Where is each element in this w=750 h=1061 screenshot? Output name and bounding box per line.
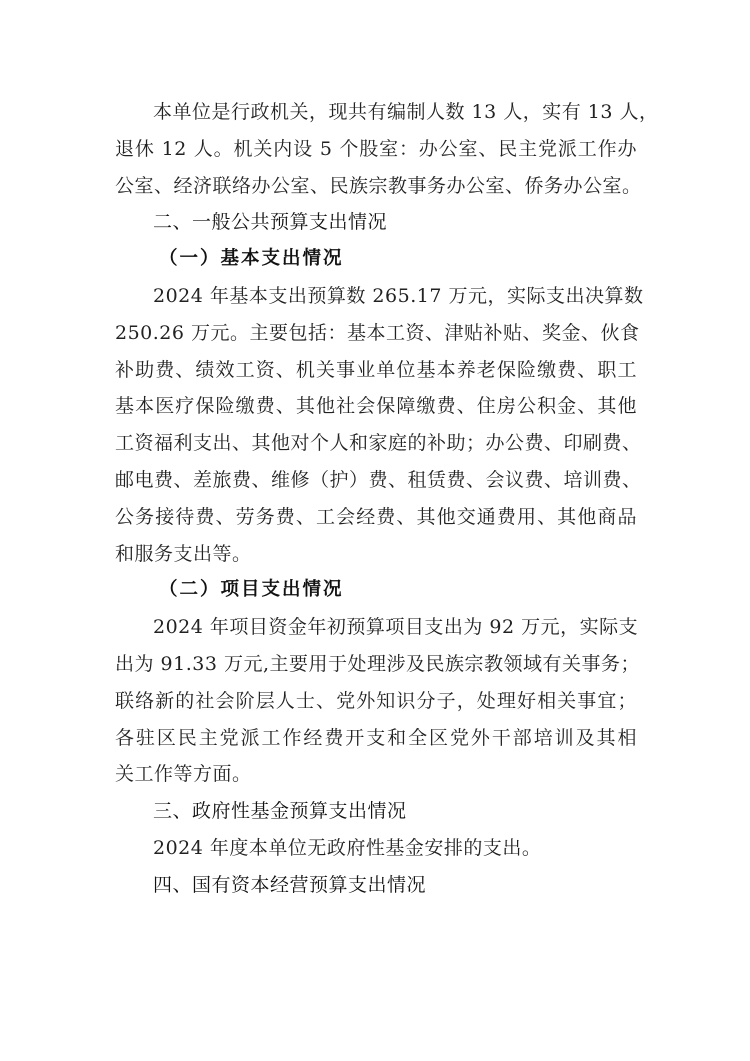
project-expenditure-paragraph: 2024 年项目资金年初预算项目支出为 92 万元，实际支 出为 91.33 万… [115, 609, 637, 793]
text-line: 各驻区民主党派工作经费开支和全区党外干部培训及其相 [115, 720, 637, 757]
text-line: 2024 年基本支出预算数 265.17 万元，实际支出决算数 [115, 278, 637, 315]
section-heading-2: 二、一般公共预算支出情况 [115, 204, 637, 241]
text-line: 关工作等方面。 [115, 756, 637, 793]
text-line: 2024 年度本单位无政府性基金安排的支出。 [115, 830, 637, 867]
basic-expenditure-paragraph: 2024 年基本支出预算数 265.17 万元，实际支出决算数 250.26 万… [115, 278, 637, 572]
text-line: 250.26 万元。主要包括：基本工资、津贴补贴、奖金、伙食 [115, 315, 637, 352]
text-line: 公室、经济联络办公室、民族宗教事务办公室、侨务办公室。 [115, 168, 637, 205]
document-page: 本单位是行政机关，现共有编制人数 13 人，实有 13 人， 退休 12 人。机… [0, 0, 750, 1061]
text-line: 基本医疗保险缴费、其他社会保障缴费、住房公积金、其他 [115, 388, 637, 425]
subsection-heading-project-expenditure: （二）项目支出情况 [115, 572, 637, 609]
text-line: 退休 12 人。机关内设 5 个股室：办公室、民主党派工作办 [115, 131, 637, 168]
text-line: 邮电费、差旅费、维修（护）费、租赁费、会议费、培训费、 [115, 462, 637, 499]
text-line: 本单位是行政机关，现共有编制人数 13 人，实有 13 人， [115, 94, 637, 131]
text-line: 2024 年项目资金年初预算项目支出为 92 万元，实际支 [115, 609, 637, 646]
text-line: 联络新的社会阶层人士、党外知识分子，处理好相关事宜； [115, 683, 637, 720]
text-line: 公务接待费、劳务费、工会经费、其他交通费用、其他商品 [115, 499, 637, 536]
text-line: 和服务支出等。 [115, 536, 637, 573]
section-heading-4: 四、国有资本经营预算支出情况 [115, 867, 637, 904]
subsection-heading-basic-expenditure: （一）基本支出情况 [115, 241, 637, 278]
text-line: 工资福利支出、其他对个人和家庭的补助；办公费、印刷费、 [115, 425, 637, 462]
document-body: 本单位是行政机关，现共有编制人数 13 人，实有 13 人， 退休 12 人。机… [115, 94, 637, 904]
text-line: 出为 91.33 万元,主要用于处理涉及民族宗教领域有关事务； [115, 646, 637, 683]
text-line: 补助费、绩效工资、机关事业单位基本养老保险缴费、职工 [115, 352, 637, 389]
intro-paragraph: 本单位是行政机关，现共有编制人数 13 人，实有 13 人， 退休 12 人。机… [115, 94, 637, 204]
section-heading-3: 三、政府性基金预算支出情况 [115, 793, 637, 830]
